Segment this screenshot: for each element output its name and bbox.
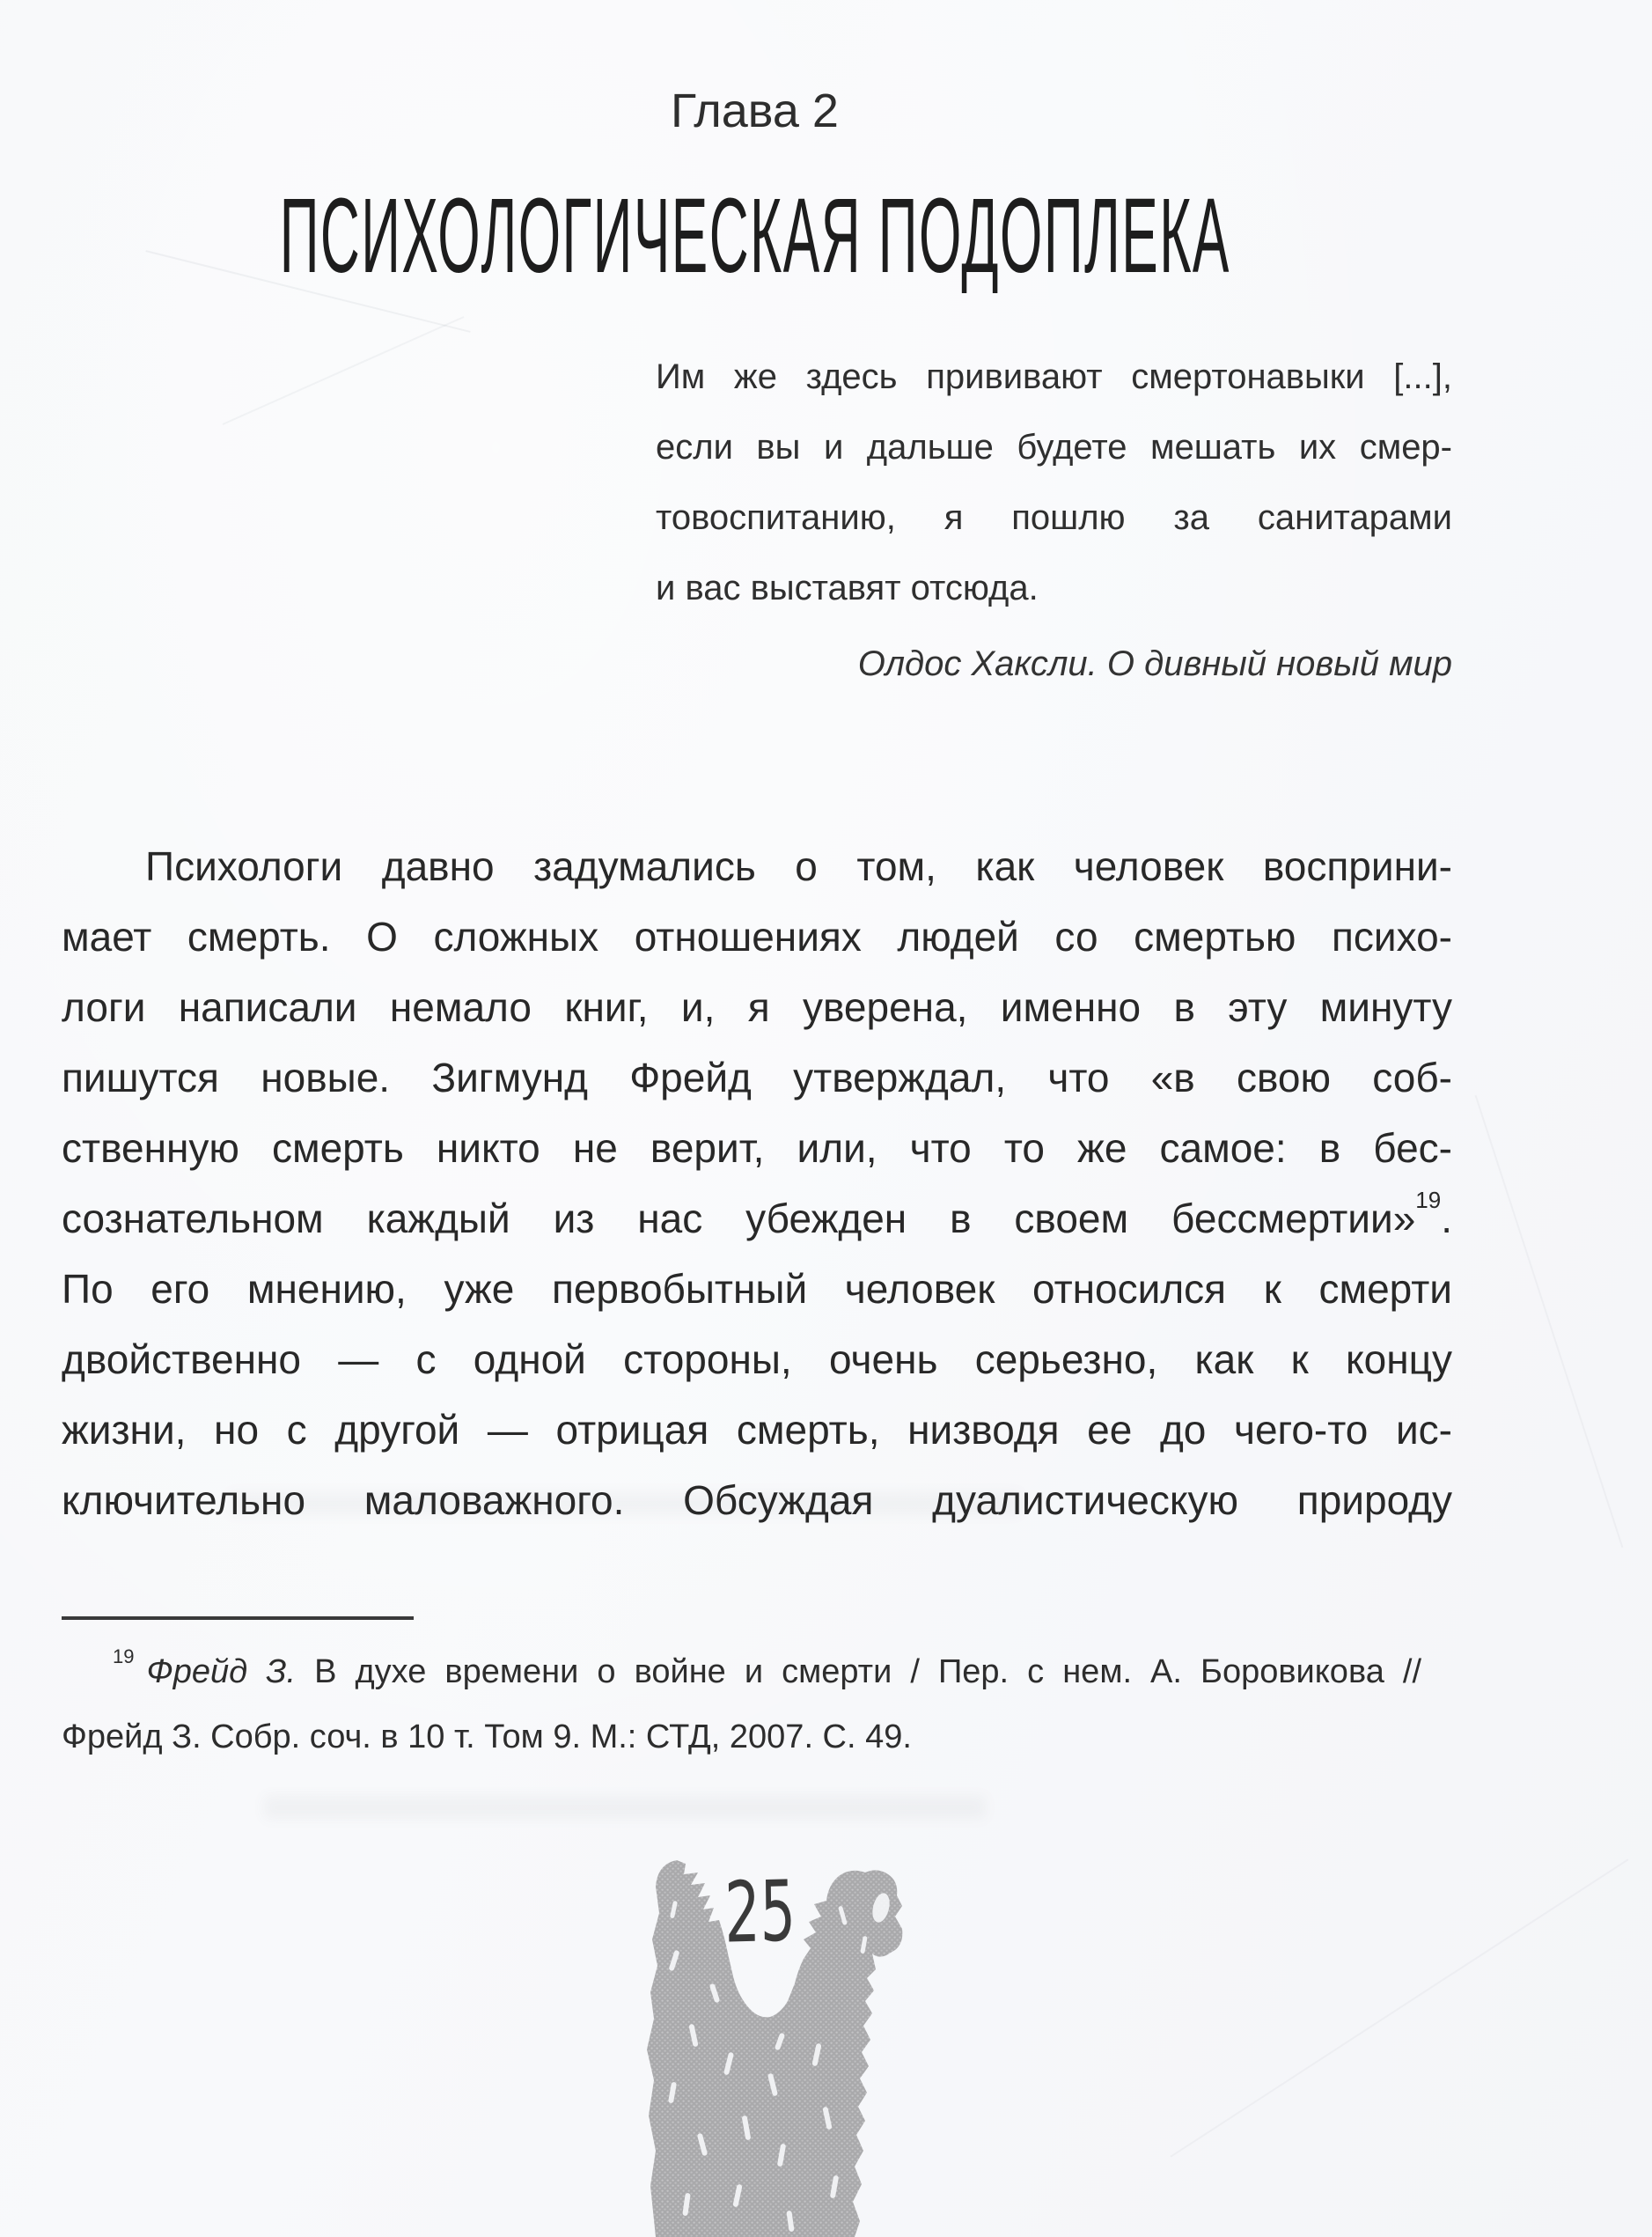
body-line: двойственно — с одной стороны, очень сер… [62, 1324, 1452, 1394]
footnote-author: Фрейд З. [146, 1653, 296, 1690]
footnote: 19Фрейд З. В духе времени о войне и смер… [62, 1639, 1421, 1770]
chapter-label: Глава 2 [57, 85, 1452, 137]
chapter-title-text: ПСИХОЛОГИЧЕСКАЯ ПОДОПЛЕКА [279, 174, 1230, 298]
footnote-reference: 19 [1415, 1187, 1441, 1213]
epigraph-attribution: Олдос Хаксли. О дивный новый мир [656, 629, 1452, 699]
body-line: По его мнению, уже первобытный человек о… [62, 1254, 1452, 1324]
body-line: пишутся новые. Зигмунд Фрейд утверждал, … [62, 1042, 1452, 1113]
body-line: мает смерть. О сложных отношениях людей … [62, 901, 1452, 972]
footnote-divider [62, 1616, 414, 1620]
body-paragraph: Психологи давно задумались о том, как че… [62, 831, 1452, 1535]
body-line: логи написали немало книг, и, я уверена,… [62, 972, 1452, 1042]
body-line-text: сознательном каждый из нас убежден в сво… [62, 1196, 1415, 1241]
epigraph: Им же здесь прививают смертонавыки [...]… [656, 342, 1452, 699]
epigraph-line: если вы и дальше будете мешать их смер- [656, 412, 1452, 482]
page-showthrough [264, 1796, 986, 1819]
chapter-title: ПСИХОЛОГИЧЕСКАЯ ПОДОПЛЕКА [57, 174, 1452, 260]
epigraph-line: товоспитанию, я пошлю за санитарами [656, 482, 1452, 553]
body-line: Психологи давно задумались о том, как че… [62, 831, 1452, 901]
body-line-text: . [1441, 1196, 1452, 1241]
body-line: ключительно маловажного. Обсуждая дуалис… [62, 1465, 1452, 1535]
paper-crease [223, 316, 465, 425]
book-page-photo: Глава 2 ПСИХОЛОГИЧЕСКАЯ ПОДОПЛЕКА Им же … [0, 0, 1652, 2237]
paper-crease [1475, 1095, 1624, 1548]
body-line-with-footnote-ref: сознательном каждый из нас убежден в сво… [62, 1183, 1452, 1254]
body-line: ственную смерть никто не верит, или, что… [62, 1113, 1452, 1183]
page-number: 25 [712, 1862, 808, 1962]
epigraph-line: Им же здесь прививают смертонавыки [...]… [656, 342, 1452, 412]
footnote-line: Фрейд З. Собр. соч. в 10 т. Том 9. М.: С… [62, 1704, 1421, 1770]
body-line: жизни, но с другой — отрицая смерть, низ… [62, 1394, 1452, 1465]
paper-crease [1170, 1858, 1628, 2157]
epigraph-line: и вас выставят отсюда. [656, 553, 1452, 623]
footnote-marker: 19 [113, 1645, 146, 1667]
footnote-text: В духе времени о войне и смерти / Пер. с… [314, 1653, 1421, 1690]
footnote-line: 19Фрейд З. В духе времени о войне и смер… [62, 1639, 1421, 1704]
